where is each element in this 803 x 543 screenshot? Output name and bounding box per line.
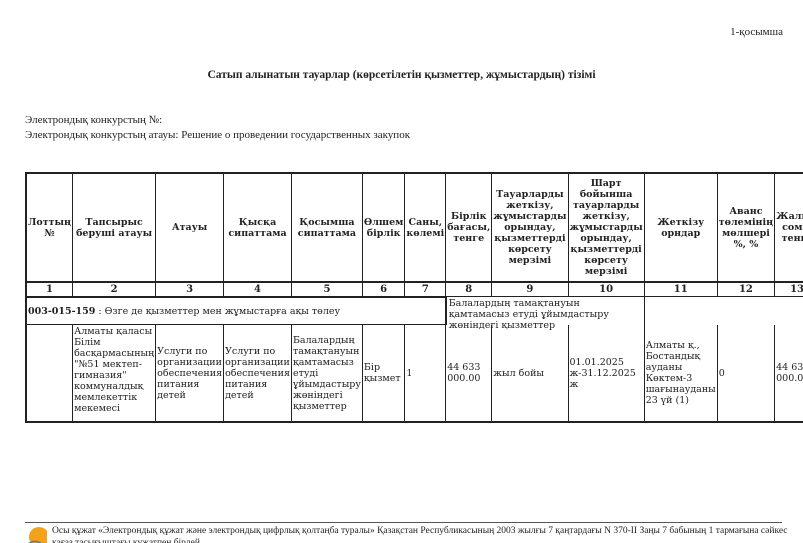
cell-extra-desc: Балалардың тамақтануын қамтамасыз етуді … — [291, 325, 362, 423]
cell-unit-price: 44 633 000.00 — [446, 325, 492, 423]
cell-delivery-place: Алматы қ., Бостандық ауданы Көктем-3 шағ… — [644, 325, 717, 423]
cell-total: 44 633 000.00 — [775, 325, 803, 423]
budget-code: 003-015-159 — [28, 306, 95, 317]
col-number: 10 — [568, 282, 644, 297]
col-header-contract-term: Шарт бойынша тауарларды жеткізу, жұмыста… — [568, 173, 644, 282]
annex-label: 1-қосымша — [730, 26, 783, 38]
cell-lot-no — [26, 325, 73, 423]
col-header-total: Жалпы сома, тенге — [775, 173, 803, 282]
col-number: 9 — [492, 282, 568, 297]
cell-advance: 0 — [717, 325, 774, 423]
col-header-delivery-place: Жеткізу орндар — [644, 173, 717, 282]
contest-name: Электрондық конкурстың атауы: Решение о … — [25, 129, 410, 141]
budget-code-desc: : Өзге де қызметтер мен жұмыстарға ақы т… — [95, 306, 340, 317]
column-numbers-row: 1 2 3 4 5 6 7 8 9 10 11 12 13 — [26, 282, 803, 297]
col-header-delivery-term: Тауарларды жеткізу, жұмыстарды орындау, … — [492, 173, 568, 282]
col-header-name: Атауы — [156, 173, 224, 282]
col-number: 5 — [291, 282, 362, 297]
col-header-advance: Аванс төлемінің мөлшері %, % — [717, 173, 774, 282]
cell-unit: Бір қызмет — [362, 325, 404, 423]
col-header-customer: Тапсырыс беруші атауы — [73, 173, 156, 282]
contest-number: Электрондық конкурстың №: — [25, 114, 162, 126]
col-header-unit: Өлшем бірлік — [362, 173, 404, 282]
col-header-unit-price: Бірлік бағасы, тенге — [446, 173, 492, 282]
col-header-lot-no: Лоттың № — [26, 173, 73, 282]
cell-short-desc: Услуги по организации обеспечения питани… — [224, 325, 292, 423]
col-number: 2 — [73, 282, 156, 297]
col-number: 7 — [405, 282, 446, 297]
col-header-short-desc: Қысқа сипаттама — [224, 173, 292, 282]
footer-divider — [25, 522, 782, 523]
col-number: 3 — [156, 282, 224, 297]
col-number: 13 — [775, 282, 803, 297]
page-title: Сатып алынатын тауарлар (көрсетілетін қы… — [0, 69, 803, 81]
col-number: 11 — [644, 282, 717, 297]
col-number: 8 — [446, 282, 492, 297]
col-number: 6 — [362, 282, 404, 297]
cell-delivery-term: жыл бойы — [492, 325, 568, 423]
cell-customer: Алматы қаласы Білім басқармасының "№51 м… — [73, 325, 156, 423]
footer-legal-text: Осы құжат «Электрондық құжат және электр… — [52, 525, 792, 543]
cell-name: Услуги по организации обеспечения питани… — [156, 325, 224, 423]
col-header-quantity: Саны, көлемі — [405, 173, 446, 282]
table-row: Алматы қаласы Білім басқармасының "№51 м… — [26, 325, 803, 423]
group-service-overlay: Балалардың тамақтануын қамтамасыз етуді … — [446, 297, 803, 325]
group-service-desc: Балалардың тамақтануын қамтамасыз етуді … — [447, 297, 646, 325]
header-row: Лоттың № Тапсырыс беруші атауы Атауы Қыс… — [26, 173, 803, 282]
col-number: 12 — [717, 282, 774, 297]
group-code-cell: 003-015-159 : Өзге де қызметтер мен жұмы… — [26, 297, 446, 325]
col-header-extra-desc: Қосымша сипаттама — [291, 173, 362, 282]
col-number: 4 — [224, 282, 292, 297]
cell-quantity: 1 — [405, 325, 446, 423]
cell-contract-term: 01.01.2025 ж-31.12.2025 ж — [568, 325, 644, 423]
egov-sun-logo-icon — [25, 525, 47, 543]
group-extra-cell — [645, 297, 803, 325]
col-number: 1 — [26, 282, 73, 297]
